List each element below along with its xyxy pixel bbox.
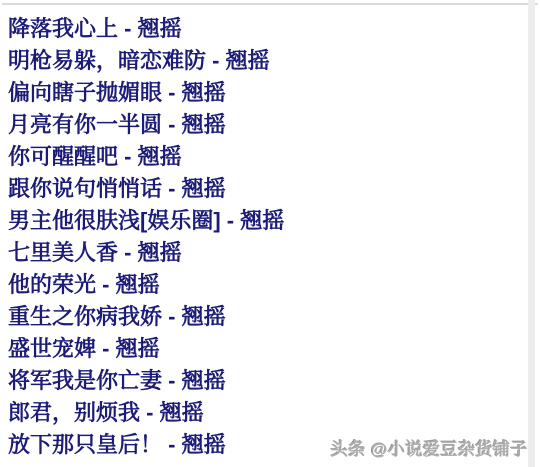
- book-title: 降落我心上: [8, 16, 118, 41]
- title-author-separator: -: [96, 336, 116, 361]
- title-author-separator: -: [162, 304, 182, 329]
- book-list-item: 盛世宠婢 - 翘摇: [8, 333, 520, 365]
- book-author: 翘摇: [160, 400, 204, 425]
- book-list-item: 你可醒醒吧 - 翘摇: [8, 141, 520, 173]
- book-author: 翘摇: [116, 272, 160, 297]
- book-list-item: 郎君，别烦我 - 翘摇: [8, 397, 520, 429]
- watermark: 头条@小说爱豆杂货铺子: [331, 435, 528, 460]
- book-title: 他的荣光: [8, 272, 96, 297]
- title-author-separator: -: [162, 432, 182, 457]
- book-title: 将军我是你亡妻: [8, 368, 162, 393]
- title-author-separator: -: [206, 48, 226, 73]
- book-author: 翘摇: [182, 176, 226, 201]
- book-list-item: 重生之你病我娇 - 翘摇: [8, 301, 520, 333]
- book-title: 盛世宠婢: [8, 336, 96, 361]
- book-author: 翘摇: [116, 336, 160, 361]
- book-list-item: 偏向瞎子抛媚眼 - 翘摇: [8, 77, 520, 109]
- book-title: 郎君，别烦我: [8, 400, 140, 425]
- book-list-item: 月亮有你一半圆 - 翘摇: [8, 109, 520, 141]
- book-title: 明枪易躲，暗恋难防: [8, 48, 206, 73]
- book-title: 男主他很肤浅[娱乐圈]: [8, 208, 221, 233]
- book-list-item: 明枪易躲，暗恋难防 - 翘摇: [8, 45, 520, 77]
- watermark-platform-label: 头条: [331, 440, 366, 459]
- book-list-item: 七里美人香 - 翘摇: [8, 237, 520, 269]
- watermark-handle: @小说爱豆杂货铺子: [371, 440, 528, 459]
- book-title: 跟你说句悄悄话: [8, 176, 162, 201]
- book-title: 放下那只皇后！: [8, 432, 162, 457]
- title-author-separator: -: [140, 400, 160, 425]
- book-author: 翘摇: [182, 432, 226, 457]
- book-list-item: 将军我是你亡妻 - 翘摇: [8, 365, 520, 397]
- book-title: 偏向瞎子抛媚眼: [8, 80, 162, 105]
- book-author: 翘摇: [138, 240, 182, 265]
- title-author-separator: -: [221, 208, 241, 233]
- book-author: 翘摇: [182, 112, 226, 137]
- title-author-separator: -: [162, 176, 182, 201]
- title-author-separator: -: [118, 240, 138, 265]
- book-list-item: 跟你说句悄悄话 - 翘摇: [8, 173, 520, 205]
- book-list: 降落我心上 - 翘摇 明枪易躲，暗恋难防 - 翘摇 偏向瞎子抛媚眼 - 翘摇 月…: [8, 13, 520, 461]
- title-author-separator: -: [96, 272, 116, 297]
- book-author: 翘摇: [138, 144, 182, 169]
- book-list-item: 他的荣光 - 翘摇: [8, 269, 520, 301]
- book-author: 翘摇: [182, 80, 226, 105]
- book-list-item: 男主他很肤浅[娱乐圈] - 翘摇: [8, 205, 520, 237]
- book-title: 七里美人香: [8, 240, 118, 265]
- book-title: 重生之你病我娇: [8, 304, 162, 329]
- book-author: 翘摇: [138, 16, 182, 41]
- book-author: 翘摇: [226, 48, 270, 73]
- book-author: 翘摇: [240, 208, 284, 233]
- book-title: 月亮有你一半圆: [8, 112, 162, 137]
- title-author-separator: -: [118, 144, 138, 169]
- title-author-separator: -: [162, 80, 182, 105]
- top-divider: [2, 3, 538, 5]
- title-author-separator: -: [118, 16, 138, 41]
- article-screenshot: 降落我心上 - 翘摇 明枪易躲，暗恋难防 - 翘摇 偏向瞎子抛媚眼 - 翘摇 月…: [0, 0, 540, 467]
- book-author: 翘摇: [182, 304, 226, 329]
- title-author-separator: -: [162, 112, 182, 137]
- book-author: 翘摇: [182, 368, 226, 393]
- book-list-item: 降落我心上 - 翘摇: [8, 13, 520, 45]
- title-author-separator: -: [162, 368, 182, 393]
- book-title: 你可醒醒吧: [8, 144, 118, 169]
- scrollbar-track[interactable]: [528, 0, 535, 467]
